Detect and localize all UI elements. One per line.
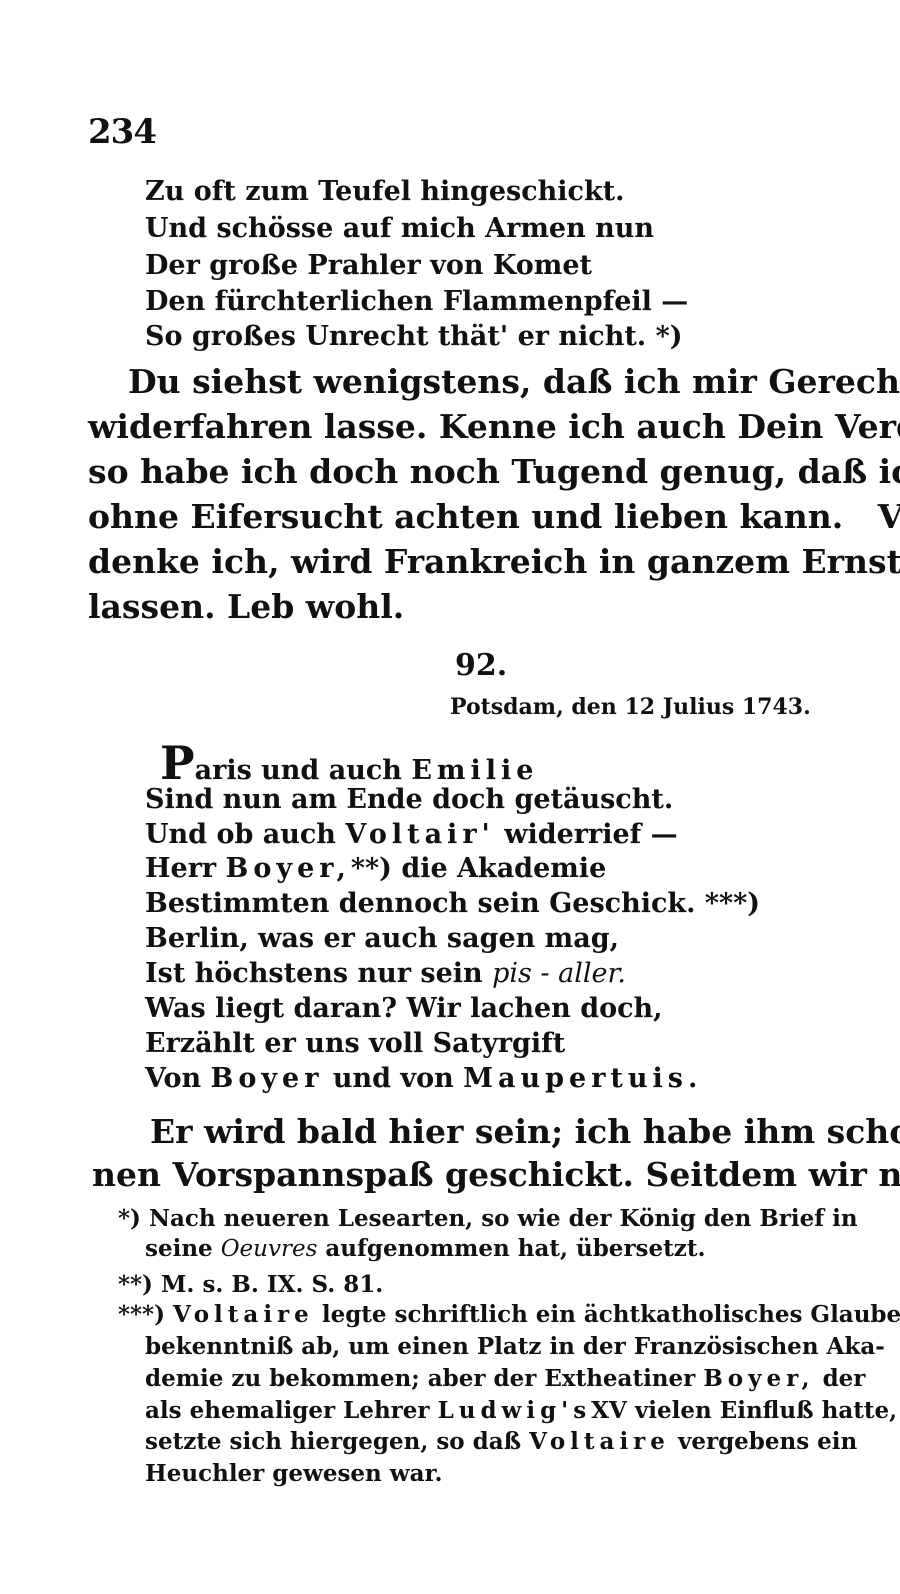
poem-line: Ist höchstens nur sein pis - aller. <box>145 960 626 987</box>
spaced-name: Voltaire <box>173 1301 314 1328</box>
prose-line: Er wird bald hier sein; ich habe ihm sch… <box>150 1115 900 1148</box>
italic-phrase: Oeuvres <box>221 1236 318 1262</box>
prose-line: nen Vorspannspaß geschickt. Seitdem wir … <box>92 1158 900 1191</box>
prose-line: widerfahren lasse. Kenne ich auch Dein V… <box>88 410 900 443</box>
page-number: 234 <box>88 112 156 152</box>
footnote-marker: *) <box>118 1205 141 1232</box>
poem-line: Von Boyer und von Maupertuis. <box>145 1065 702 1092</box>
spaced-name: Voltair' <box>345 819 494 850</box>
footnote-3: ***) Voltaire legte schriftlich ein ächt… <box>118 1303 900 1326</box>
prose-line: lassen. Leb wohl. <box>88 590 404 623</box>
poem-line: Sind nun am Ende doch getäuscht. <box>145 786 673 813</box>
footnote-3-cont: als ehemaliger Lehrer Ludwig'sXV vielen … <box>145 1399 897 1422</box>
footnote-3-cont: demie zu bekommen; aber der Extheatiner … <box>145 1367 865 1390</box>
italic-phrase: pis - aller. <box>492 958 626 989</box>
spaced-name: Maupertuis. <box>463 1063 702 1094</box>
footnote-marker: ***) <box>118 1301 165 1328</box>
spaced-name: Ludwig's <box>438 1397 592 1424</box>
spaced-name: Emilie <box>411 755 538 786</box>
spaced-name: Voltaire, <box>878 497 900 536</box>
poem-line: Bestimmten dennoch sein Geschick. ***) <box>145 890 760 917</box>
poem-line: Berlin, was er auch sagen mag, <box>145 925 619 952</box>
poem-line: Der große Prahler von Komet <box>145 252 592 279</box>
footnote-3-cont: setzte sich hiergegen, so daß Voltaire v… <box>145 1430 857 1453</box>
poem-line: So großes Unrecht thät' er nicht. *) <box>145 323 683 350</box>
spaced-name: Boyer <box>211 1063 324 1094</box>
poem-line: Zu oft zum Teufel hingeschickt. <box>145 178 625 205</box>
footnote-1-cont: seine Oeuvres aufgenommen hat, übersetzt… <box>145 1237 705 1261</box>
poem-line: Herr Boyer,**) die Akademie <box>145 855 606 882</box>
prose-line: ohne Eifersucht achten und lieben kann. … <box>88 500 900 533</box>
spaced-name: Voltaire <box>529 1428 670 1455</box>
poem-line: Erzählt er uns voll Satyrgift <box>145 1030 565 1057</box>
poem-line: Den fürchterlichen Flammenpfeil — <box>145 288 688 315</box>
letter-dateline: Potsdam, den 12 Julius 1743. <box>450 694 811 720</box>
footnote-3-cont: Heuchler gewesen war. <box>145 1462 442 1485</box>
prose-line: Du siehst wenigstens, daß ich mir Gerech… <box>128 365 900 398</box>
footnote-marker: **) <box>118 1271 153 1298</box>
prose-text: ohne Eifersucht achten und lieben kann. <box>88 497 843 536</box>
spaced-name: Boyer, <box>703 1365 814 1392</box>
prose-line: so habe ich doch noch Tugend genug, daß … <box>88 455 900 488</box>
poem-line: Und schösse auf mich Armen nun <box>145 215 654 242</box>
footnote-3-cont: bekenntniß ab, um einen Platz in der Fra… <box>145 1335 885 1358</box>
footnote-2: **) M. s. B. IX. S. 81. <box>118 1273 383 1296</box>
poem-line: Und ob auch Voltair' widerrief — <box>145 821 678 848</box>
prose-line: denke ich, wird Frankreich in ganzem Ern… <box>88 545 900 578</box>
spaced-name: Boyer, <box>226 853 351 884</box>
poem-line: Paris und auch Emilie <box>160 745 538 784</box>
footnote-1: *) Nach neueren Lesearten, so wie der Kö… <box>118 1207 858 1230</box>
letter-number: 92. <box>455 648 507 683</box>
poem-line: Was liegt daran? Wir lachen doch, <box>145 995 663 1022</box>
drop-cap: P <box>160 736 195 790</box>
